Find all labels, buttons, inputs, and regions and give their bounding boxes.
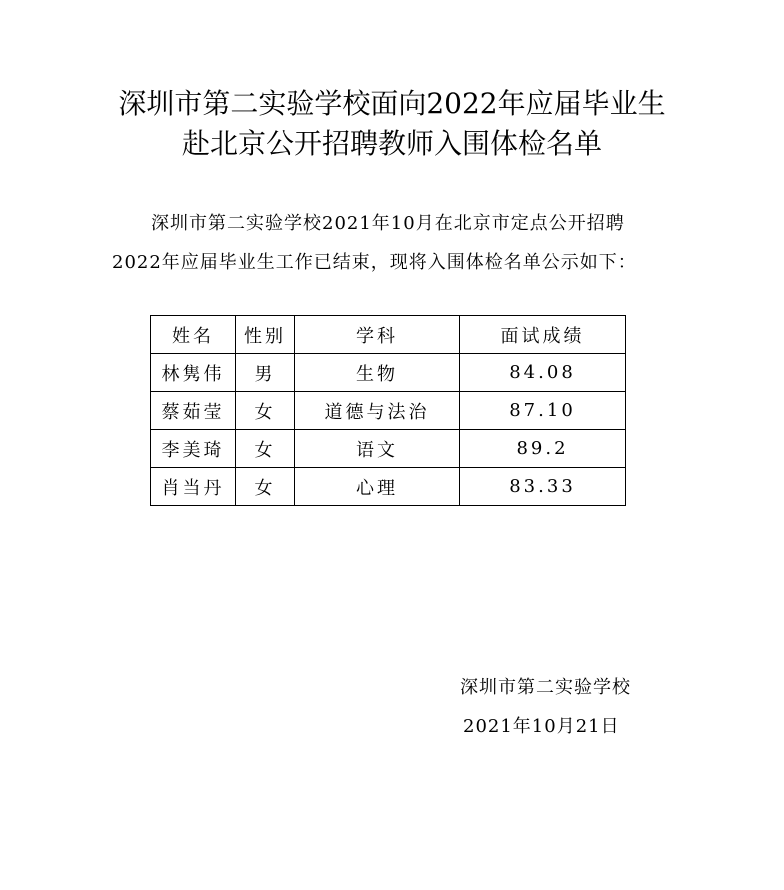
cell-score: 89.2 [460,430,626,468]
document-title-line-1: 深圳市第二实验学校面向2022年应届毕业生 [0,86,784,122]
signature-organization: 深圳市第二实验学校 [460,676,631,700]
intro-paragraph-line-1: 深圳市第二实验学校2021年10月在北京市定点公开招聘 [151,212,625,236]
cell-subject: 心理 [295,468,460,506]
intro-paragraph-line-2: 2022年应届毕业生工作已结束，现将入围体检名单公示如下： [112,251,637,275]
header-subject: 学科 [295,316,460,354]
document-title-line-2: 赴北京公开招聘教师入围体检名单 [0,126,784,162]
cell-name: 肖当丹 [151,468,236,506]
cell-score: 84.08 [460,354,626,392]
cell-subject: 道德与法治 [295,392,460,430]
header-gender: 性别 [236,316,295,354]
table-row: 肖当丹 女 心理 83.33 [151,468,626,506]
cell-score: 87.10 [460,392,626,430]
signature-date: 2021年10月21日 [463,715,620,739]
cell-gender: 女 [236,430,295,468]
table-row: 林隽伟 男 生物 84.08 [151,354,626,392]
cell-score: 83.33 [460,468,626,506]
cell-name: 蔡茹莹 [151,392,236,430]
cell-gender: 男 [236,354,295,392]
header-score: 面试成绩 [460,316,626,354]
cell-subject: 生物 [295,354,460,392]
cell-subject: 语文 [295,430,460,468]
cell-gender: 女 [236,392,295,430]
cell-gender: 女 [236,468,295,506]
cell-name: 李美琦 [151,430,236,468]
table-row: 蔡茹莹 女 道德与法治 87.10 [151,392,626,430]
header-name: 姓名 [151,316,236,354]
candidate-table: 姓名 性别 学科 面试成绩 林隽伟 男 生物 84.08 蔡茹莹 女 道德与法治… [150,315,626,506]
cell-name: 林隽伟 [151,354,236,392]
table-header-row: 姓名 性别 学科 面试成绩 [151,316,626,354]
table-row: 李美琦 女 语文 89.2 [151,430,626,468]
